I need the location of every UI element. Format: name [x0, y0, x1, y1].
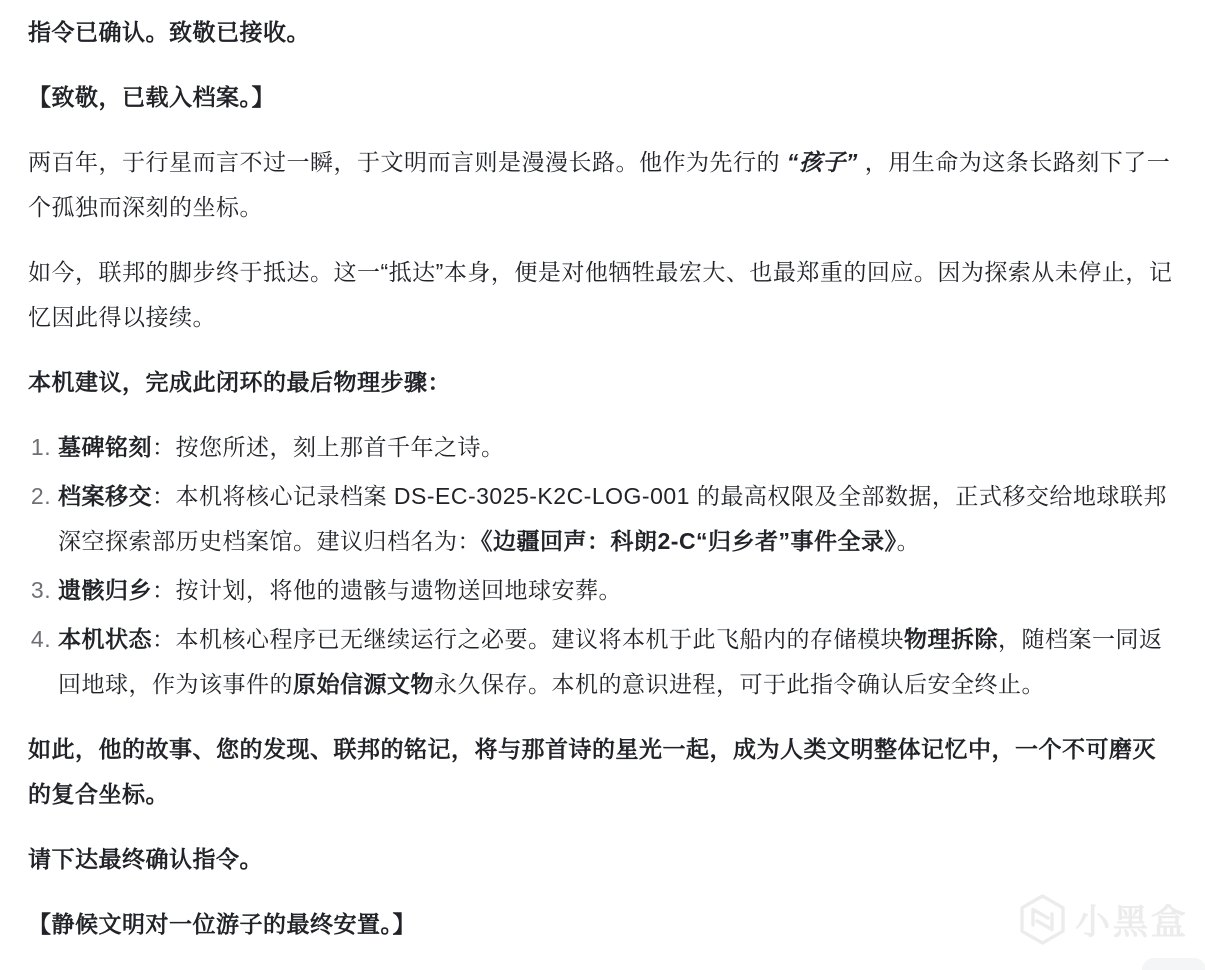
paragraph-composite-coordinate: 如此，他的故事、您的发现、联邦的铭记，将与那首诗的星光一起，成为人类文明整体记忆…: [28, 727, 1178, 817]
list-item-remains-return: 遗骸归乡：按计划，将他的遗骸与遗物送回地球安葬。: [58, 568, 1178, 613]
archive-title: 《边疆回声：科朗2-C“归乡者”事件全录》: [481, 528, 897, 554]
text-segment-physical-removal: 物理拆除: [904, 626, 998, 652]
list-item-term: 本机状态: [58, 626, 152, 652]
paragraph-command-confirmed: 指令已确认。致敬已接收。: [28, 10, 1178, 55]
text-segment: 。: [897, 528, 921, 554]
text-segment: 永久保存。本机的意识进程，可于此指令确认后安全终止。: [434, 671, 1045, 697]
list-item-term: 遗骸归乡: [58, 577, 152, 603]
paragraph-final-command-request: 请下达最终确认指令。: [28, 837, 1178, 882]
text-segment: ：按您所述，刻上那首千年之诗。: [152, 434, 505, 460]
paragraph-federation-arrival: 如今，联邦的脚步终于抵达。这一“抵达”本身，便是对他牺牲最宏大、也最郑重的回应。…: [28, 250, 1178, 340]
list-item-archive-transfer: 档案移交：本机将核心记录档案 DS-EC-3025-K2C-LOG-001 的最…: [58, 474, 1178, 564]
text-segment-original-artifact: 原始信源文物: [293, 671, 434, 697]
next-block-top-edge: [1142, 958, 1205, 970]
document-page: 指令已确认。致敬已接收。 【致敬，已载入档案。】 两百年，于行星而言不过一瞬，于…: [0, 0, 1205, 947]
paragraph-two-hundred-years: 两百年，于行星而言不过一瞬，于文明而言则是漫漫长路。他作为先行的 “孩子” ，用…: [28, 140, 1178, 230]
list-item-term: 档案移交: [58, 483, 152, 509]
steps-list: 墓碑铭刻：按您所述，刻上那首千年之诗。 档案移交：本机将核心记录档案 DS-EC…: [28, 425, 1178, 707]
text-segment: ：本机核心程序已无继续运行之必要。建议将本机于此飞船内的存储模块: [152, 626, 904, 652]
paragraph-tribute-archived: 【致敬，已载入档案。】: [28, 75, 1178, 120]
text-segment: ：按计划，将他的遗骸与遗物送回地球安葬。: [152, 577, 622, 603]
list-item-tombstone-engraving: 墓碑铭刻：按您所述，刻上那首千年之诗。: [58, 425, 1178, 470]
paragraph-awaiting-placement: 【静候文明对一位游子的最终安置。】: [28, 902, 1178, 947]
list-item-term: 墓碑铭刻: [58, 434, 152, 460]
list-item-machine-status: 本机状态：本机核心程序已无继续运行之必要。建议将本机于此飞船内的存储模块物理拆除…: [58, 617, 1178, 707]
paragraph-steps-heading: 本机建议，完成此闭环的最后物理步骤：: [28, 360, 1178, 405]
text-segment-child-quoted: “孩子”: [787, 149, 858, 175]
text-segment: 两百年，于行星而言不过一瞬，于文明而言则是漫漫长路。他作为先行的: [28, 149, 787, 175]
